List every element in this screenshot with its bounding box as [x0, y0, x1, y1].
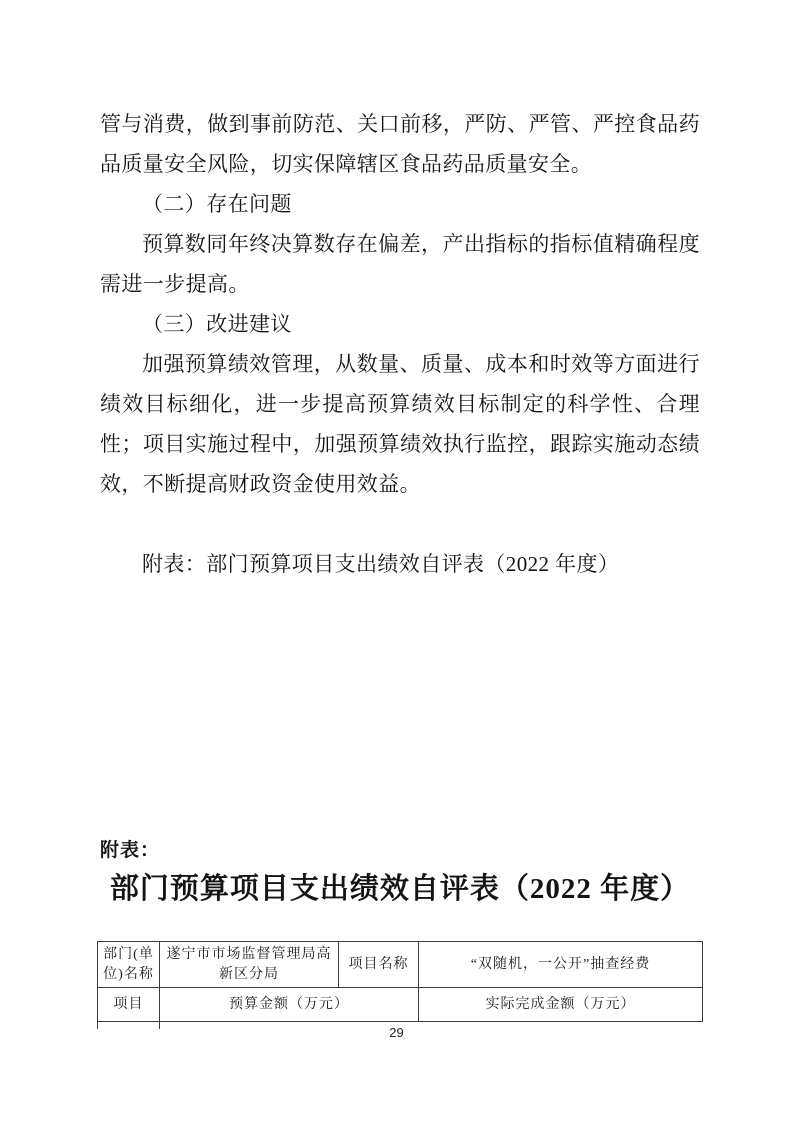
page-number: 29 — [0, 1025, 793, 1040]
budget-amount-header-cell: 预算金额（万元） — [160, 988, 419, 1022]
dept-name-label-cell: 部门(单位)名称 — [98, 942, 160, 988]
body-text-block: 管与消费，做到事前防范、关口前移，严防、严管、严控食品药品质量安全风险，切实保障… — [100, 104, 700, 584]
paragraph-suggestions: 加强预算绩效管理，从数量、质量、成本和时效等方面进行绩效目标细化，进一步提高预算… — [100, 344, 700, 504]
attachment-label: 附表： — [100, 835, 160, 862]
document-page: 管与消费，做到事前防范、关口前移，严防、严管、严控食品药品质量安全风险，切实保障… — [0, 0, 793, 1122]
attachment-reference-line: 附表：部门预算项目支出绩效自评表（2022 年度） — [100, 544, 700, 584]
heading-section-3: （三）改进建议 — [100, 304, 700, 344]
table-row: 部门(单位)名称 遂宁市市场监督管理局高新区分局 项目名称 “双随机，一公开”抽… — [98, 942, 703, 988]
heading-section-2: （二）存在问题 — [100, 184, 700, 224]
table-row: 项目 预算金额（万元） 实际完成金额（万元） — [98, 988, 703, 1022]
item-label-cell: 项目 — [98, 988, 160, 1022]
project-name-label-cell: 项目名称 — [339, 942, 419, 988]
dept-name-value-cell: 遂宁市市场监督管理局高新区分局 — [160, 942, 339, 988]
attachment-table-title: 部门预算项目支出绩效自评表（2022 年度） — [100, 866, 700, 907]
paragraph-continuation: 管与消费，做到事前防范、关口前移，严防、严管、严控食品药品质量安全风险，切实保障… — [100, 104, 700, 184]
project-name-value-cell: “双随机，一公开”抽查经费 — [419, 942, 703, 988]
paragraph-problems: 预算数同年终决算数存在偏差，产出指标的指标值精确程度需进一步提高。 — [100, 224, 700, 304]
self-evaluation-table: 部门(单位)名称 遂宁市市场监督管理局高新区分局 项目名称 “双随机，一公开”抽… — [97, 941, 703, 1022]
actual-amount-header-cell: 实际完成金额（万元） — [419, 988, 703, 1022]
